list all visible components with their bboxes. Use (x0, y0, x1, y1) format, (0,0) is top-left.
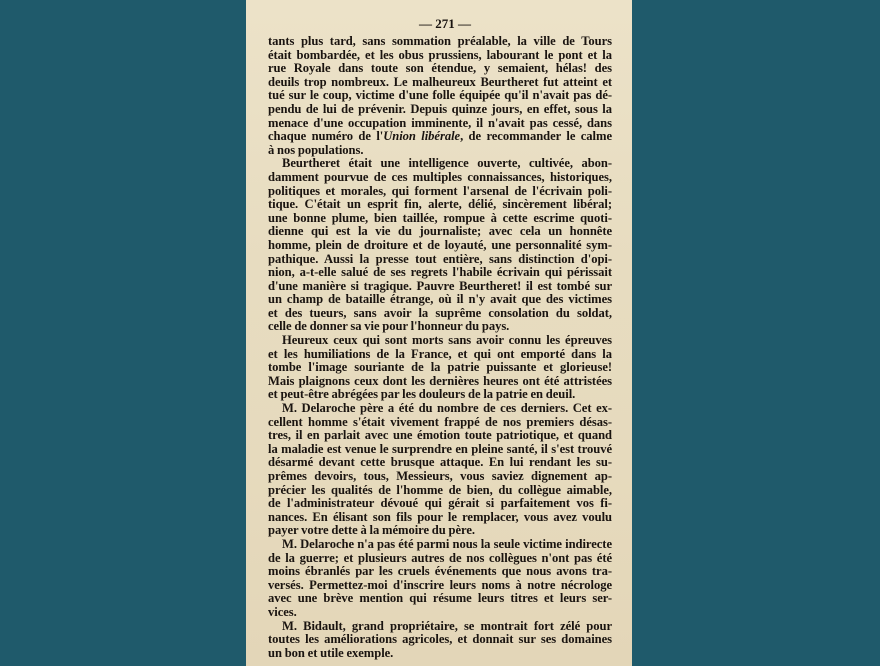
text-line: précier les qualités de l'homme de bien,… (268, 484, 612, 498)
text-line: pendu de lui de prévenir. Depuis quinze … (268, 103, 612, 117)
scanned-page: — 271 — tants plus tard, sans sommation … (246, 0, 632, 666)
image-viewer: — 271 — tants plus tard, sans sommation … (0, 0, 880, 666)
text-line: M. Bidault, grand propriétaire, se montr… (268, 620, 612, 634)
text-line: Mais plaignons ceux dont les dernières h… (268, 375, 612, 389)
text-line: nion, a-t-elle salué de ses regrets l'ha… (268, 266, 612, 280)
text-line: tres, il en parlait avec une émotion tou… (268, 429, 612, 443)
text-line: prêmes devoirs, tous, Messieurs, vous sa… (268, 470, 612, 484)
text-line: homme, plein de droiture et de loyauté, … (268, 239, 612, 253)
text-line: toutes les améliorations agricoles, et d… (268, 633, 612, 647)
text-line: tique. C'était un esprit fin, alerte, dé… (268, 198, 612, 212)
text-line: Beurtheret était une intelligence ouvert… (268, 157, 612, 171)
text-line: était bombardée, et les obus prussiens, … (268, 49, 612, 63)
paragraph-2: Beurtheret était une intelligence ouvert… (268, 157, 612, 334)
text-line: la maladie est venue le surprendre en pl… (268, 443, 612, 457)
text-line: cellent homme s'était vivement frappé de… (268, 416, 612, 430)
text-line: de l'administrateur dévoué qui gérait si… (268, 497, 612, 511)
page-number: — 271 — (278, 15, 612, 33)
text-line: tué sur le coup, victime d'une folle équ… (268, 89, 612, 103)
paragraph-3: Heureux ceux qui sont morts sans avoir c… (268, 334, 612, 402)
text-line: et les humiliations de la France, et qui… (268, 348, 612, 362)
text-line: menace d'une occupation imminente, il n'… (268, 117, 612, 131)
text-line: une bonne plume, bien taillée, rompue à … (268, 212, 612, 226)
paragraph-5: M. Delaroche n'a pas été parmi nous la s… (268, 538, 612, 620)
text-line: Heureux ceux qui sont morts sans avoir c… (268, 334, 612, 348)
text-line: dienne qui est la vie du journaliste; av… (268, 225, 612, 239)
paragraph-1: tants plus tard, sans sommation préalabl… (268, 35, 612, 157)
text-line: damment pourvue de ces multiples connais… (268, 171, 612, 185)
paragraph-6: M. Bidault, grand propriétaire, se montr… (268, 620, 612, 661)
text-line-with-italic: chaque numéro de l'Union libérale, de re… (268, 130, 612, 144)
text-line: désarmé devant cette brusque attaque. En… (268, 456, 612, 470)
text-line: politiques et morales, qui forment l'ars… (268, 185, 612, 199)
text-line: un bon et utile exemple. (268, 647, 612, 661)
text-line: nances. En élisant son fils pour le remp… (268, 511, 612, 525)
text-line: tombe l'image souriante de la patrie pui… (268, 361, 612, 375)
text-line: payer votre dette à la mémoire du père. (268, 524, 612, 538)
text-line: rue Royale dans toute son étendue, y sem… (268, 62, 612, 76)
text-line: et des tueurs, sans avoir la suprême con… (268, 307, 612, 321)
text-line: M. Delaroche n'a pas été parmi nous la s… (268, 538, 612, 552)
text-line: tants plus tard, sans sommation préalabl… (268, 35, 612, 49)
text-line: à nos populations. (268, 144, 612, 158)
text-line: d'une manière si tragique. Pauvre Beurth… (268, 280, 612, 294)
page-body: tants plus tard, sans sommation préalabl… (268, 35, 612, 660)
text-line: et peut-être abrégées par les douleurs d… (268, 388, 612, 402)
text-line: pathique. Aussi la presse tout entière, … (268, 253, 612, 267)
newspaper-title: Union libérale (383, 129, 460, 143)
text-line: celle de donner sa vie pour l'honneur du… (268, 320, 612, 334)
text-line: avec une brève mention qui résume leurs … (268, 592, 612, 606)
text-fragment: , de recommander le calme (460, 129, 612, 143)
text-line: versés. Permettez-moi d'inscrire leurs n… (268, 579, 612, 593)
text-line: deuils trop nombreux. Le malheureux Beur… (268, 76, 612, 90)
text-fragment: chaque numéro de l' (268, 129, 383, 143)
text-line: vices. (268, 606, 612, 620)
text-line: de la guerre; et plusieurs autres de nos… (268, 552, 612, 566)
paragraph-4: M. Delaroche père a été du nombre de ces… (268, 402, 612, 538)
text-line: moins ébranlés par les cruels événements… (268, 565, 612, 579)
text-line: un champ de bataille étrange, où il n'y … (268, 293, 612, 307)
text-line: M. Delaroche père a été du nombre de ces… (268, 402, 612, 416)
